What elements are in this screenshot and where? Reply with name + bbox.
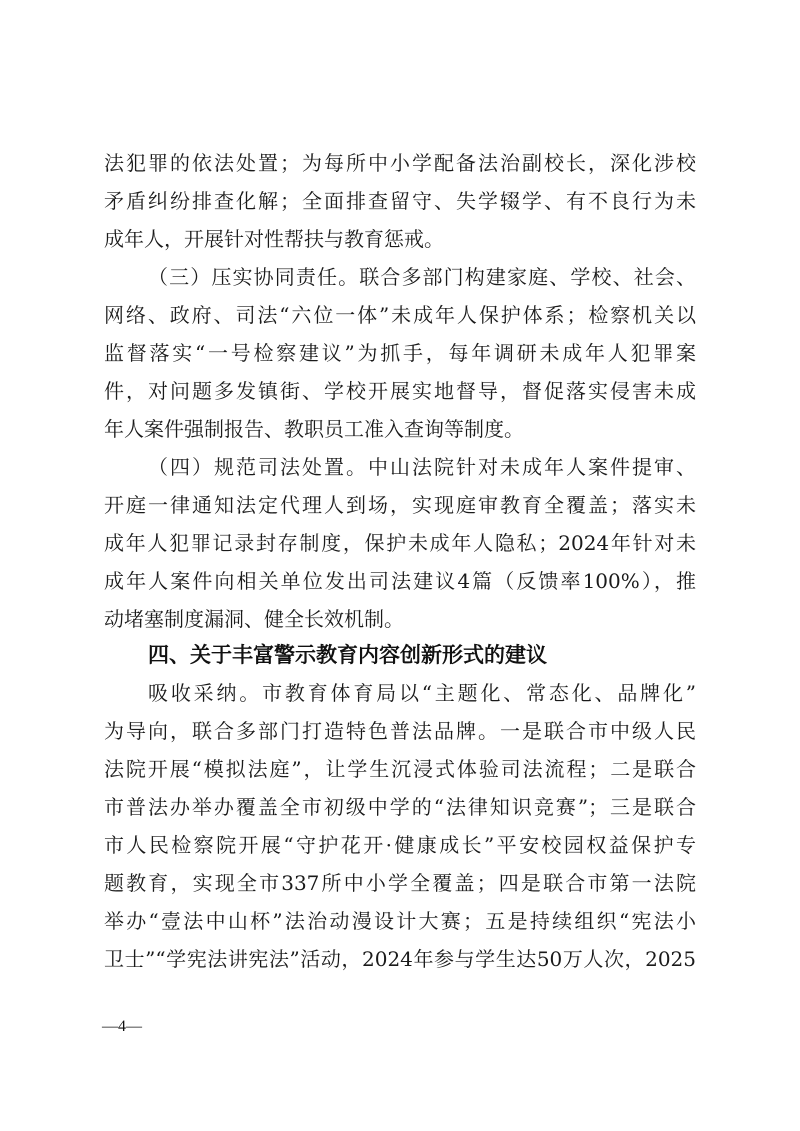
body-text-line: 开庭一律通知法定代理人到场，实现庭审教育全覆盖；落实未: [104, 490, 696, 520]
body-text-line: 年人案件强制报告、教职员工准入查询等制度。: [104, 414, 696, 444]
body-text-line: 成年人犯罪记录封存制度，保护未成年人隐私；2024年针对未: [104, 528, 696, 558]
body-text-line: 法院开展“模拟法庭”，让学生沉浸式体验司法流程；二是联合: [104, 754, 696, 784]
body-text-line: 成年人案件向相关单位发出司法建议4篇（反馈率100%），推: [104, 566, 696, 596]
body-text-line: 件，对问题多发镇街、学校开展实地督导，督促落实侵害未成: [104, 376, 696, 406]
page-number: —4—: [102, 1017, 142, 1037]
section-heading: 四、关于丰富警示教育内容创新形式的建议: [148, 639, 547, 671]
document-page: 法犯罪的依法处置；为每所中小学配备法治副校长，深化涉校 矛盾纠纷排查化解；全面排…: [0, 0, 800, 1131]
body-text-line: 为导向，联合多部门打造特色普法品牌。一是联合市中级人民: [104, 716, 696, 746]
body-text-line: 卫士”“学宪法讲宪法”活动，2024年参与学生达50万人次，2025: [104, 944, 696, 974]
body-text-line: 吸收采纳。市教育体育局以“主题化、常态化、品牌化”: [148, 678, 696, 708]
body-text-line: 题教育，实现全市337所中小学全覆盖；四是联合市第一法院: [104, 868, 696, 898]
section-3-first-line: （三）压实协同责任。联合多部门构建家庭、学校、社会、: [148, 262, 696, 292]
body-text-line: 网络、政府、司法“六位一体”未成年人保护体系；检察机关以: [104, 300, 696, 330]
body-text-line: 市人民检察院开展“守护花开·健康成长”平安校园权益保护专: [104, 830, 696, 860]
body-text-line: 法犯罪的依法处置；为每所中小学配备法治副校长，深化涉校: [104, 148, 696, 178]
body-text-line: 市普法办举办覆盖全市初级中学的“法律知识竞赛”；三是联合: [104, 792, 696, 822]
section-4-first-line: （四）规范司法处置。中山法院针对未成年人案件提审、: [148, 452, 696, 482]
body-text-line: 成年人，开展针对性帮扶与教育惩戒。: [104, 224, 696, 254]
body-text-line: 矛盾纠纷排查化解；全面排查留守、失学辍学、有不良行为未: [104, 186, 696, 216]
body-text-line: 举办“壹法中山杯”法治动漫设计大赛；五是持续组织“宪法小: [104, 906, 696, 936]
body-text-line: 监督落实“一号检察建议”为抓手，每年调研未成年人犯罪案: [104, 338, 696, 368]
body-text-line: 动堵塞制度漏洞、健全长效机制。: [104, 604, 696, 634]
